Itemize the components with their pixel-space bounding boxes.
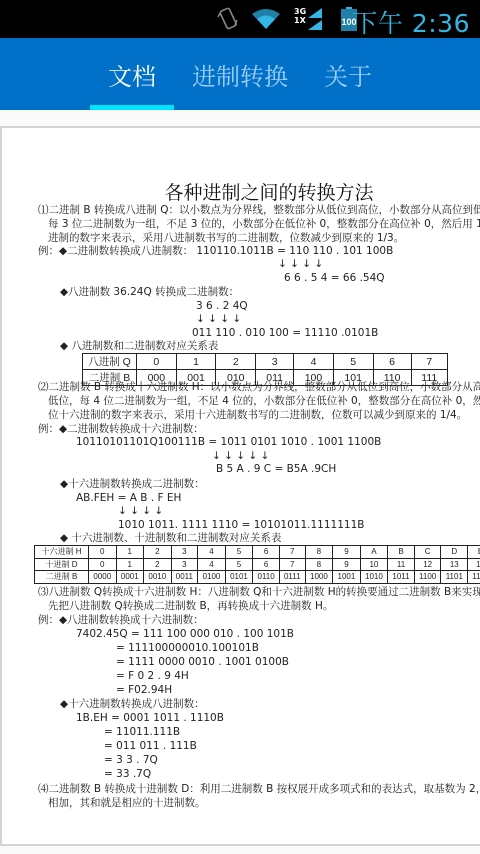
table-cell: 4 [198, 558, 226, 571]
table-cell: 1 [176, 354, 216, 370]
table-cell: 5 [333, 354, 373, 370]
table-cell: 3 [171, 558, 198, 571]
table-cell: 5 [225, 558, 253, 571]
table-cell: 0100 [198, 571, 226, 584]
example-line: = 011 011 . 111B [104, 740, 197, 753]
table-cell: 1 [116, 546, 144, 559]
tab-document[interactable]: 文档 [90, 38, 174, 110]
example-result: 011 110 . 010 100 = 11110 .0101B [192, 327, 378, 340]
vibrate-icon [217, 0, 239, 38]
example-arrows: ↓ ↓ ↓ ↓ [196, 313, 241, 326]
table-cell: 1001 [333, 571, 361, 584]
table-cell: 0111 [279, 571, 305, 584]
table-cell: 5 [225, 546, 253, 559]
table-cell: 十进制 D [35, 558, 89, 571]
example-digits: 3 6 . 2 4Q [196, 300, 248, 313]
table-cell: 3 [256, 354, 294, 370]
hex-dec-binary-table: 十六进制 H 0 1 2 3 4 5 6 7 8 9 A B C D E 十进制… [34, 545, 480, 584]
example-line: = 33 .7Q [104, 768, 151, 781]
example-result: 6 6 . 5 4 = 66 .54Q [284, 272, 385, 285]
table-cell: 1100 [414, 571, 441, 584]
example-arrows: ↓ ↓ ↓ ↓ [278, 258, 323, 271]
section-2-text: ⑵二进制数 B 转换成十六进制数 H：以小数点为分界线，整数部分从低位到高位，小… [38, 381, 480, 394]
example-line: = F02.94H [116, 684, 172, 697]
tab-base-conversion[interactable]: 进制转换 [186, 38, 294, 110]
document-page[interactable]: 各种进制之间的转换方法 ⑴二进制 B 转换成八进制 Q：以小数点为分界线，整数部… [0, 126, 480, 846]
table-cell: 8 [305, 546, 333, 559]
table-caption: ◆ 八进制数和二进制数对应关系表 [60, 340, 218, 353]
table-caption: ◆ 十六进制数、十进制数和二进制数对应关系表 [60, 532, 281, 545]
table-row: 八进制 Q 0 1 2 3 4 5 6 7 [83, 354, 448, 370]
example-line: = 11011.111B [104, 726, 180, 739]
example-text: 例：◆八进制数转换成十六进制数： [38, 614, 204, 627]
section-3-text: ⑶八进制数 Q转换成十六进制数 H：八进制数 Q和十六进制数 H的转换要通过二进… [38, 586, 480, 599]
table-cell: 4 [294, 354, 334, 370]
example-text: ◆十六进制数转换成八进制数： [60, 698, 205, 711]
table-cell: 14 [468, 558, 480, 571]
example-text: ◆八进制数 36.24Q 转换成二进制数： [60, 286, 239, 299]
table-cell: 0010 [144, 571, 172, 584]
example-line: = 3 3 . 7Q [104, 754, 158, 767]
table-cell: 二进制 B [35, 571, 89, 584]
tab-bar: 文档 进制转换 关于 [0, 38, 480, 110]
table-row: 二进制 B 0000 0001 0010 0011 0100 0101 0110… [35, 571, 480, 584]
section-2-text: 位十六进制的数字来表示，采用十六进制数书写的二进制数，位数可以减少到原来的 1/… [48, 409, 467, 422]
table-cell: B [388, 546, 415, 559]
example-expression: AB.FEH = A B . F EH [76, 492, 181, 505]
table-cell: 13 [441, 558, 468, 571]
example-arrows: ↓ ↓ ↓ ↓ ↓ [212, 450, 269, 463]
table-cell: 8 [305, 558, 333, 571]
table-cell: D [441, 546, 468, 559]
table-cell: A [360, 546, 388, 559]
table-cell: 0110 [253, 571, 280, 584]
network-type-label-2: 1X [294, 16, 306, 25]
table-cell: 1 [116, 558, 144, 571]
table-cell: C [414, 546, 441, 559]
example-text: ◆十六进制数转换成二进制数： [60, 478, 205, 491]
table-cell: 1011 [388, 571, 415, 584]
table-cell: 10 [360, 558, 388, 571]
example-line: = 111100000010.100101B [116, 642, 259, 655]
tab-about[interactable]: 关于 [318, 38, 378, 110]
table-cell: 7 [279, 558, 305, 571]
table-cell: 6 [253, 558, 280, 571]
table-cell: 1000 [305, 571, 333, 584]
section-1-text: 每 3 位二进制数为一组，不足 3 位的，小数部分在低位补 0，整数部分在高位补… [48, 218, 480, 231]
example-result: 1010 1011. 1111 1110 = 10101011.1111111B [118, 519, 364, 532]
table-cell: 0001 [116, 571, 144, 584]
example-text: 例：◆二进制数转换成十六进制数： [38, 423, 204, 436]
table-cell: E [468, 546, 480, 559]
clock: 下午 2:36 [352, 4, 470, 40]
example-text: 例：◆二进制数转换成八进制数： 110110.1011B = 110 110 .… [38, 245, 393, 258]
section-1-text: ⑴二进制 B 转换成八进制 Q：以小数点为分界线，整数部分从低位到高位，小数部分… [38, 204, 480, 217]
example-arrows: ↓ ↓ ↓ ↓ [118, 505, 163, 518]
network-type-label: 3G [294, 7, 306, 16]
example-line: 7402.45Q = 111 100 000 010 . 100 101B [76, 628, 294, 641]
example-expression: 10110101101Q100111B = 1011 0101 1010 . 1… [76, 436, 381, 449]
table-cell: 6 [373, 354, 411, 370]
document-title: 各种进制之间的转换方法 [2, 178, 480, 205]
table-cell: 1101 [441, 571, 468, 584]
example-line: = F 0 2 . 9 4H [116, 670, 189, 683]
table-cell: 0 [89, 546, 117, 559]
table-cell: 2 [144, 558, 172, 571]
table-cell: 2 [144, 546, 172, 559]
table-cell: 1010 [360, 571, 388, 584]
table-cell: 6 [253, 546, 280, 559]
table-cell: 9 [333, 558, 361, 571]
table-row: 十六进制 H 0 1 2 3 4 5 6 7 8 9 A B C D E [35, 546, 480, 559]
table-cell: 0 [89, 558, 117, 571]
table-cell: 7 [279, 546, 305, 559]
table-cell: 1110 [468, 571, 480, 584]
table-cell: 2 [216, 354, 256, 370]
table-cell: 3 [171, 546, 198, 559]
table-cell: 9 [333, 546, 361, 559]
section-4-text: 相加，其和就是相应的十进制数。 [48, 797, 206, 810]
table-cell: 12 [414, 558, 441, 571]
example-result: B 5 A . 9 C = B5A .9CH [216, 463, 336, 476]
example-line: = 1111 0000 0010 . 1001 0100B [116, 656, 289, 669]
section-4-text: ⑷二进制数 B 转换成十进制数 D：利用二进制数 B 按权展开成多项式和的表达式… [38, 783, 480, 796]
section-3-text: 先把八进制数 Q转换成二进制数 B，再转换成十六进制数 H。 [48, 600, 333, 613]
table-cell: 7 [411, 354, 447, 370]
table-row: 十进制 D 0 1 2 3 4 5 6 7 8 9 10 11 12 13 14 [35, 558, 480, 571]
table-cell: 4 [198, 546, 226, 559]
status-bar: 3G 1X 100 下午 2:36 [0, 0, 480, 38]
table-cell: 0 [137, 354, 177, 370]
document-viewer[interactable]: 各种进制之间的转换方法 ⑴二进制 B 转换成八进制 Q：以小数点为分界线，整数部… [0, 110, 480, 854]
table-cell: 11 [388, 558, 415, 571]
section-1-text: 进制的数字来表示，采用八进制数书写的二进制数，位数减少到原来的 1/3。 [48, 232, 404, 245]
table-cell: 十六进制 H [35, 546, 89, 559]
example-line: 1B.EH = 0001 1011 . 1110B [76, 712, 224, 725]
signal-icon: 3G 1X [294, 0, 330, 38]
table-cell: 0011 [171, 571, 198, 584]
table-cell: 八进制 Q [83, 354, 137, 370]
table-cell: 0000 [89, 571, 117, 584]
wifi-icon [251, 0, 281, 38]
table-cell: 0101 [225, 571, 253, 584]
section-2-text: 低位，每 4 位二进制数为一组，不足 4 位的，小数部分在低位补 0，整数部分在… [48, 395, 480, 408]
